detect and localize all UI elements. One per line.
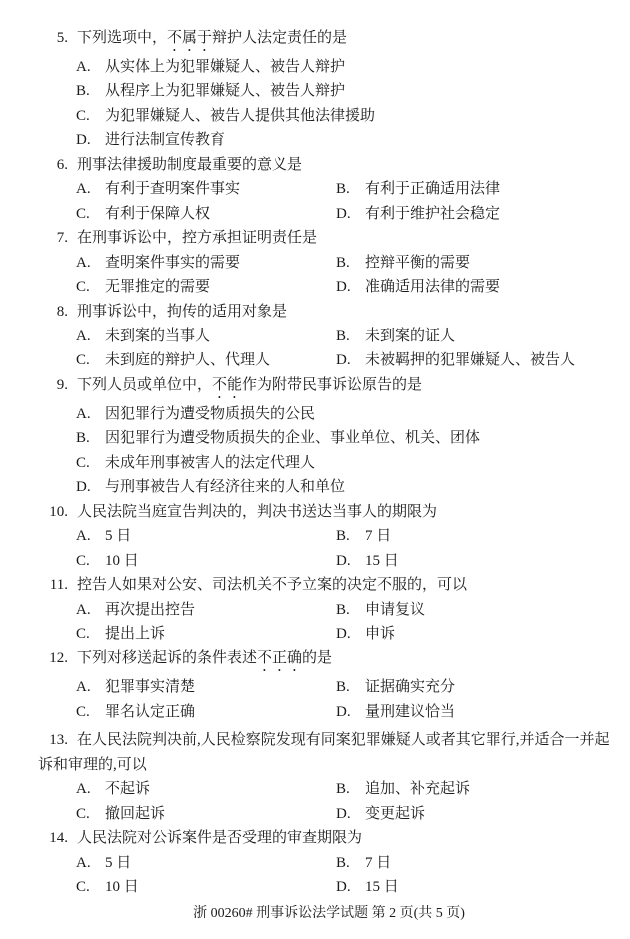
option-text: 与刑事被告人有经济往来的人和单位 (105, 479, 345, 495)
option-text: 提出上诉 (105, 626, 165, 642)
option-text: 有利于正确适用法律 (365, 181, 500, 197)
option-label: D. (76, 475, 105, 499)
options-list: A.5 日 B.7 日 C.10 日 D.15 日 (76, 851, 620, 900)
option-b: B.有利于正确适用法律 (336, 177, 620, 201)
option-a: A.再次提出控告 (76, 598, 336, 622)
question-stem: 刑事诉讼中，拘传的适用对象是 (77, 304, 287, 320)
question-number: 7. (38, 226, 68, 250)
option-label: D. (336, 202, 365, 226)
option-label: B. (336, 598, 365, 622)
options-list: A.不起诉 B.追加、补充起诉 C.撤回起诉 D.变更起诉 (76, 777, 620, 826)
option-b: B.因犯罪行为遭受物质损失的企业、事业单位、机关、团体 (76, 426, 620, 450)
option-text: 7 日 (365, 855, 391, 871)
option-d: D.量刑建议恰当 (336, 700, 620, 724)
stem-text: 下列对移送起诉的条件表述 (77, 650, 257, 666)
option-a: A.因犯罪行为遭受物质损失的公民 (76, 402, 620, 426)
page-footer: 浙 00260# 刑事诉讼法学试题 第 2 页(共 5 页) (38, 902, 620, 926)
option-d: D.申诉 (336, 622, 620, 646)
option-label: D. (336, 622, 365, 646)
options-list: A.犯罪事实清楚 B.证据确实充分 C.罪名认定正确 D.量刑建议恰当 (76, 675, 620, 724)
option-b: B.未到案的证人 (336, 324, 620, 348)
option-label: B. (336, 324, 365, 348)
option-text: 因犯罪行为遭受物质损失的企业、事业单位、机关、团体 (105, 430, 480, 446)
option-label: D. (336, 700, 365, 724)
question-stem-line: 6.刑事法律援助制度最重要的意义是 (38, 153, 620, 177)
option-label: C. (76, 549, 105, 573)
question-14: 14.人民法院对公诉案件是否受理的审查期限为 A.5 日 B.7 日 C.10 … (38, 826, 620, 899)
option-d: D.进行法制宣传教育 (76, 128, 620, 152)
stem-text-continued: 诉和审理的,可以 (38, 757, 147, 773)
option-text: 罪名认定正确 (105, 704, 195, 720)
option-a: A.从实体上为犯罪嫌疑人、被告人辩护 (76, 55, 620, 79)
question-number: 11. (38, 573, 68, 597)
question-number: 13. (38, 728, 68, 752)
option-text: 量刑建议恰当 (365, 704, 455, 720)
question-12: 12.下列对移送起诉的条件表述不正确的是 A.犯罪事实清楚 B.证据确实充分 C… (38, 646, 620, 724)
question-stem-line: 14.人民法院对公诉案件是否受理的审查期限为 (38, 826, 620, 850)
option-label: A. (76, 55, 105, 79)
option-text: 7 日 (365, 528, 391, 544)
option-c: C.撤回起诉 (76, 802, 336, 826)
option-d: D.未被羁押的犯罪嫌疑人、被告人 (336, 348, 620, 372)
option-a: A.犯罪事实清楚 (76, 675, 336, 699)
option-c: C.10 日 (76, 549, 336, 573)
stem-text: 作为附带民事诉讼原告的是 (242, 377, 422, 393)
options-list: A.因犯罪行为遭受物质损失的公民 B.因犯罪行为遭受物质损失的企业、事业单位、机… (76, 402, 620, 500)
question-9: 9.下列人员或单位中，不能作为附带民事诉讼原告的是 A.因犯罪行为遭受物质损失的… (38, 373, 620, 500)
stem-text: 辩护人法定责任的是 (212, 30, 347, 46)
question-8: 8.刑事诉讼中，拘传的适用对象是 A.未到案的当事人 B.未到案的证人 C.未到… (38, 300, 620, 373)
option-text: 10 日 (105, 553, 139, 569)
option-label: A. (76, 524, 105, 548)
option-d: D.与刑事被告人有经济往来的人和单位 (76, 475, 620, 499)
question-stem: 下列选项中，不属于辩护人法定责任的是 (77, 30, 347, 46)
option-b: B.7 日 (336, 851, 620, 875)
option-c: C.有利于保障人权 (76, 202, 336, 226)
option-label: B. (336, 251, 365, 275)
stem-text: 下列选项中， (77, 30, 167, 46)
option-text: 5 日 (105, 528, 131, 544)
option-text: 有利于维护社会稳定 (365, 206, 500, 222)
option-a: A.有利于查明案件事实 (76, 177, 336, 201)
option-text: 未到案的证人 (365, 328, 455, 344)
exam-page: 5.下列选项中，不属于辩护人法定责任的是 A.从实体上为犯罪嫌疑人、被告人辩护 … (0, 0, 630, 926)
option-label: A. (76, 851, 105, 875)
question-stem-line: 12.下列对移送起诉的条件表述不正确的是 (38, 646, 620, 675)
option-text: 变更起诉 (365, 806, 425, 822)
option-d: D.有利于维护社会稳定 (336, 202, 620, 226)
option-label: B. (336, 675, 365, 699)
question-stem: 下列人员或单位中，不能作为附带民事诉讼原告的是 (77, 377, 422, 393)
option-a: A.5 日 (76, 851, 336, 875)
option-label: D. (336, 348, 365, 372)
stem-text: 在刑事诉讼中，控方承担证明责任是 (77, 230, 317, 246)
option-text: 10 日 (105, 879, 139, 895)
option-label: A. (76, 675, 105, 699)
stem-text: 下列人员或单位中， (77, 377, 212, 393)
option-a: A.不起诉 (76, 777, 336, 801)
question-stem-line: 13.在人民法院判决前,人民检察院发现有同案犯罪嫌疑人或者其它罪行,并适合一并起… (38, 728, 620, 777)
option-label: D. (336, 549, 365, 573)
option-label: C. (76, 622, 105, 646)
stem-emphasized-text: 不正确 (257, 650, 302, 666)
option-text: 再次提出控告 (105, 602, 195, 618)
option-label: D. (336, 802, 365, 826)
question-number: 6. (38, 153, 68, 177)
option-c: C.10 日 (76, 875, 336, 899)
option-text: 从实体上为犯罪嫌疑人、被告人辩护 (105, 59, 345, 75)
option-text: 有利于保障人权 (105, 206, 210, 222)
option-label: A. (76, 777, 105, 801)
option-label: B. (76, 426, 105, 450)
option-text: 撤回起诉 (105, 806, 165, 822)
question-stem-line: 10.人民法院当庭宣告判决的，判决书送达当事人的期限为 (38, 500, 620, 524)
question-stem: 人民法院对公诉案件是否受理的审查期限为 (77, 830, 362, 846)
option-b: B.申请复议 (336, 598, 620, 622)
option-text: 进行法制宣传教育 (105, 132, 225, 148)
option-text: 未成年刑事被害人的法定代理人 (105, 455, 315, 471)
option-b: B.证据确实充分 (336, 675, 620, 699)
option-c: C.未到庭的辩护人、代理人 (76, 348, 336, 372)
option-b: B.从程序上为犯罪嫌疑人、被告人辩护 (76, 79, 620, 103)
question-6: 6.刑事法律援助制度最重要的意义是 A.有利于查明案件事实 B.有利于正确适用法… (38, 153, 620, 226)
question-number: 12. (38, 646, 68, 670)
options-list: A.有利于查明案件事实 B.有利于正确适用法律 C.有利于保障人权 D.有利于维… (76, 177, 620, 226)
option-text: 犯罪事实清楚 (105, 679, 195, 695)
question-number: 10. (38, 500, 68, 524)
option-label: C. (76, 104, 105, 128)
options-list: A.从实体上为犯罪嫌疑人、被告人辩护 B.从程序上为犯罪嫌疑人、被告人辩护 C.… (76, 55, 620, 153)
option-label: C. (76, 202, 105, 226)
option-label: C. (76, 451, 105, 475)
option-d: D.准确适用法律的需要 (336, 275, 620, 299)
option-text: 为犯罪嫌疑人、被告人提供其他法律援助 (105, 108, 375, 124)
question-stem-line: 7.在刑事诉讼中，控方承担证明责任是 (38, 226, 620, 250)
option-text: 申诉 (365, 626, 395, 642)
option-label: C. (76, 875, 105, 899)
question-stem: 刑事法律援助制度最重要的意义是 (77, 157, 302, 173)
option-c: C.未成年刑事被害人的法定代理人 (76, 451, 620, 475)
question-5: 5.下列选项中，不属于辩护人法定责任的是 A.从实体上为犯罪嫌疑人、被告人辩护 … (38, 26, 620, 153)
option-label: A. (76, 324, 105, 348)
stem-text: 人民法院当庭宣告判决的，判决书送达当事人的期限为 (77, 504, 437, 520)
option-label: B. (336, 524, 365, 548)
option-text: 未到案的当事人 (105, 328, 210, 344)
option-text: 因犯罪行为遭受物质损失的公民 (105, 406, 315, 422)
question-11: 11.控告人如果对公安、司法机关不予立案的决定不服的，可以 A.再次提出控告 B… (38, 573, 620, 646)
option-c: C.为犯罪嫌疑人、被告人提供其他法律援助 (76, 104, 620, 128)
question-number: 5. (38, 26, 68, 50)
option-label: B. (336, 177, 365, 201)
option-b: B.控辩平衡的需要 (336, 251, 620, 275)
option-text: 未到庭的辩护人、代理人 (105, 352, 270, 368)
footer-text: 浙 00260# 刑事诉讼法学试题 第 2 页(共 5 页) (193, 906, 465, 921)
option-text: 查明案件事实的需要 (105, 255, 240, 271)
option-label: D. (336, 875, 365, 899)
option-label: C. (76, 802, 105, 826)
stem-text: 人民法院对公诉案件是否受理的审查期限为 (77, 830, 362, 846)
option-a: A.查明案件事实的需要 (76, 251, 336, 275)
option-text: 有利于查明案件事实 (105, 181, 240, 197)
option-text: 申请复议 (365, 602, 425, 618)
question-stem-line: 11.控告人如果对公安、司法机关不予立案的决定不服的，可以 (38, 573, 620, 597)
option-d: D.15 日 (336, 549, 620, 573)
option-text: 不起诉 (105, 781, 150, 797)
option-label: D. (336, 275, 365, 299)
option-d: D.变更起诉 (336, 802, 620, 826)
question-stem: 在刑事诉讼中，控方承担证明责任是 (77, 230, 317, 246)
question-stem: 控告人如果对公安、司法机关不予立案的决定不服的，可以 (77, 577, 467, 593)
option-text: 15 日 (365, 879, 399, 895)
option-c: C.提出上诉 (76, 622, 336, 646)
stem-text: 刑事法律援助制度最重要的意义是 (77, 157, 302, 173)
option-a: A.5 日 (76, 524, 336, 548)
option-text: 从程序上为犯罪嫌疑人、被告人辩护 (105, 83, 345, 99)
option-label: C. (76, 275, 105, 299)
question-stem: 下列对移送起诉的条件表述不正确的是 (77, 650, 332, 666)
question-13: 13.在人民法院判决前,人民检察院发现有同案犯罪嫌疑人或者其它罪行,并适合一并起… (38, 728, 620, 826)
option-label: A. (76, 598, 105, 622)
option-label: C. (76, 348, 105, 372)
option-text: 无罪推定的需要 (105, 279, 210, 295)
option-label: B. (336, 777, 365, 801)
option-label: D. (76, 128, 105, 152)
option-label: B. (76, 79, 105, 103)
option-text: 追加、补充起诉 (365, 781, 470, 797)
question-stem: 在人民法院判决前,人民检察院发现有同案犯罪嫌疑人或者其它罪行,并适合一并起诉和审… (38, 732, 610, 772)
option-a: A.未到案的当事人 (76, 324, 336, 348)
options-list: A.未到案的当事人 B.未到案的证人 C.未到庭的辩护人、代理人 D.未被羁押的… (76, 324, 620, 373)
option-text: 准确适用法律的需要 (365, 279, 500, 295)
option-label: A. (76, 402, 105, 426)
stem-text: 在人民法院判决前,人民检察院发现有同案犯罪嫌疑人或者其它罪行,并适合一并起 (77, 732, 610, 748)
option-text: 5 日 (105, 855, 131, 871)
options-list: A.再次提出控告 B.申请复议 C.提出上诉 D.申诉 (76, 598, 620, 647)
option-b: B.追加、补充起诉 (336, 777, 620, 801)
stem-emphasized-text: 不属于 (167, 30, 212, 46)
question-10: 10.人民法院当庭宣告判决的，判决书送达当事人的期限为 A.5 日 B.7 日 … (38, 500, 620, 573)
question-number: 14. (38, 826, 68, 850)
question-stem-line: 8.刑事诉讼中，拘传的适用对象是 (38, 300, 620, 324)
option-label: A. (76, 251, 105, 275)
option-d: D.15 日 (336, 875, 620, 899)
question-7: 7.在刑事诉讼中，控方承担证明责任是 A.查明案件事实的需要 B.控辩平衡的需要… (38, 226, 620, 299)
option-text: 15 日 (365, 553, 399, 569)
question-number: 8. (38, 300, 68, 324)
option-label: C. (76, 700, 105, 724)
option-text: 控辩平衡的需要 (365, 255, 470, 271)
options-list: A.查明案件事实的需要 B.控辩平衡的需要 C.无罪推定的需要 D.准确适用法律… (76, 251, 620, 300)
stem-text: 刑事诉讼中，拘传的适用对象是 (77, 304, 287, 320)
option-text: 证据确实充分 (365, 679, 455, 695)
question-stem: 人民法院当庭宣告判决的，判决书送达当事人的期限为 (77, 504, 437, 520)
option-label: A. (76, 177, 105, 201)
question-stem-line: 5.下列选项中，不属于辩护人法定责任的是 (38, 26, 620, 55)
stem-text: 控告人如果对公安、司法机关不予立案的决定不服的，可以 (77, 577, 467, 593)
stem-emphasized-text: 不能 (212, 377, 242, 393)
option-text: 未被羁押的犯罪嫌疑人、被告人 (365, 352, 575, 368)
question-number: 9. (38, 373, 68, 397)
option-c: C.罪名认定正确 (76, 700, 336, 724)
option-label: B. (336, 851, 365, 875)
option-b: B.7 日 (336, 524, 620, 548)
options-list: A.5 日 B.7 日 C.10 日 D.15 日 (76, 524, 620, 573)
question-stem-line: 9.下列人员或单位中，不能作为附带民事诉讼原告的是 (38, 373, 620, 402)
option-c: C.无罪推定的需要 (76, 275, 336, 299)
stem-text: 的是 (302, 650, 332, 666)
